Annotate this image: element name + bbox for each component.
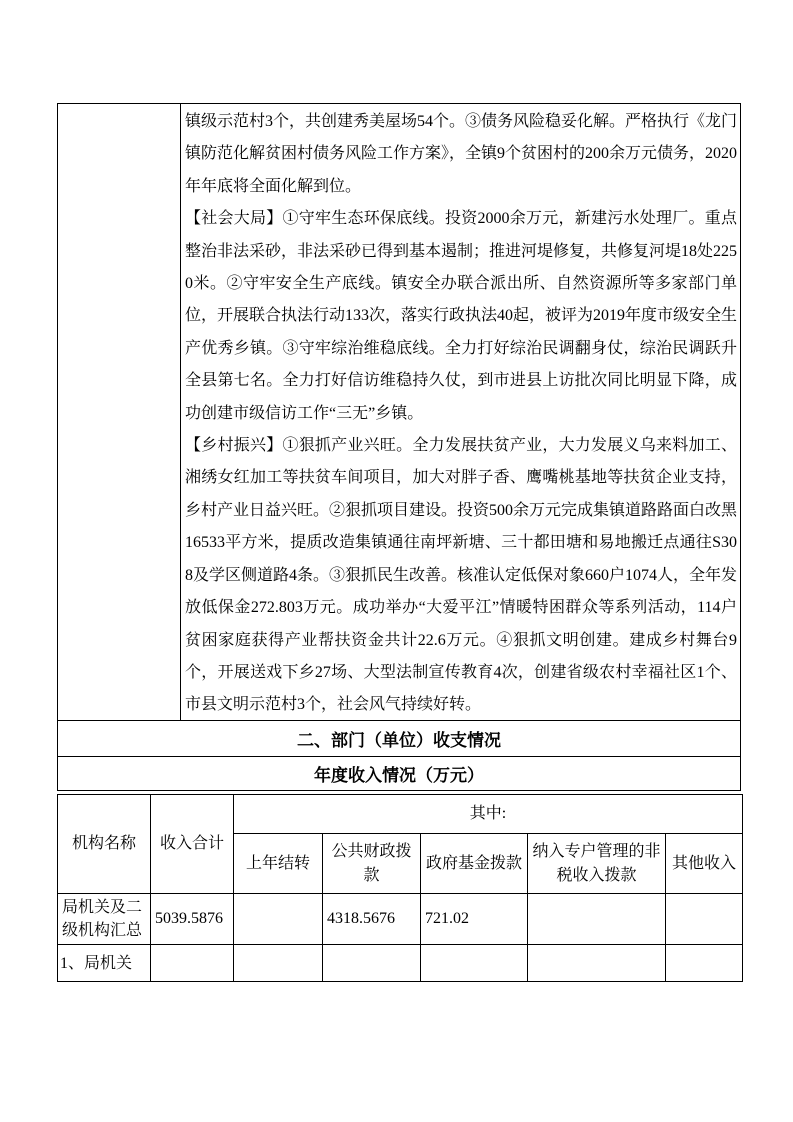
- header-among-which: 其中:: [234, 795, 743, 834]
- header-income-total: 收入合计: [151, 795, 234, 894]
- report-side-cell: [58, 104, 181, 720]
- income-header-row-top: 机构名称 收入合计 其中:: [58, 795, 743, 834]
- cell-special-nontax-bureau: [528, 945, 666, 982]
- report-text-cell: 镇级示范村3个，共创建秀美屋场54个。③债务风险稳妥化解。严格执行《龙门镇防范化…: [181, 104, 740, 720]
- cell-org-summary: 局机关及二级机构汇总: [58, 894, 151, 945]
- report-table: 镇级示范村3个，共创建秀美屋场54个。③债务风险稳妥化解。严格执行《龙门镇防范化…: [57, 103, 741, 721]
- report-paragraph-society: 【社会大局】①守牢生态环保底线。投资2000余万元，新建污水处理厂。重点整治非法…: [185, 203, 737, 430]
- section-title-annual-income: 年度收入情况（万元）: [57, 756, 741, 791]
- header-org-name: 机构名称: [58, 795, 151, 894]
- cell-gov-fund-summary: 721.02: [421, 894, 528, 945]
- document-page: 镇级示范村3个，共创建秀美屋场54个。③债务风险稳妥化解。严格执行《龙门镇防范化…: [0, 0, 793, 1122]
- cell-total-bureau: [151, 945, 234, 982]
- header-carryover: 上年结转: [234, 834, 323, 894]
- cell-org-bureau: 1、局机关: [58, 945, 151, 982]
- cell-special-nontax-summary: [528, 894, 666, 945]
- table-row-bureau: 1、局机关: [58, 945, 743, 982]
- header-gov-fund: 政府基金拨款: [421, 834, 528, 894]
- cell-carryover-summary: [234, 894, 323, 945]
- header-special-nontax: 纳入专户管理的非税收入拨款: [528, 834, 666, 894]
- cell-public-finance-summary: 4318.5676: [323, 894, 421, 945]
- table-row-summary: 局机关及二级机构汇总 5039.5876 4318.5676 721.02: [58, 894, 743, 945]
- cell-other-bureau: [666, 945, 743, 982]
- report-paragraph-debt: 镇级示范村3个，共创建秀美屋场54个。③债务风险稳妥化解。严格执行《龙门镇防范化…: [185, 106, 737, 203]
- header-other-income: 其他收入: [666, 834, 743, 894]
- cell-carryover-bureau: [234, 945, 323, 982]
- cell-total-summary: 5039.5876: [151, 894, 234, 945]
- report-paragraph-rural: 【乡村振兴】①狠抓产业兴旺。全力发展扶贫产业，大力发展义乌来料加工、湘绣女红加工…: [185, 430, 737, 720]
- section-title-income-expense: 二、部门（单位）收支情况: [57, 720, 741, 757]
- cell-public-finance-bureau: [323, 945, 421, 982]
- header-public-finance: 公共财政拨款: [323, 834, 421, 894]
- income-table: 机构名称 收入合计 其中: 上年结转 公共财政拨款 政府基金拨款 纳入专户管理的…: [57, 794, 743, 982]
- cell-gov-fund-bureau: [421, 945, 528, 982]
- cell-other-summary: [666, 894, 743, 945]
